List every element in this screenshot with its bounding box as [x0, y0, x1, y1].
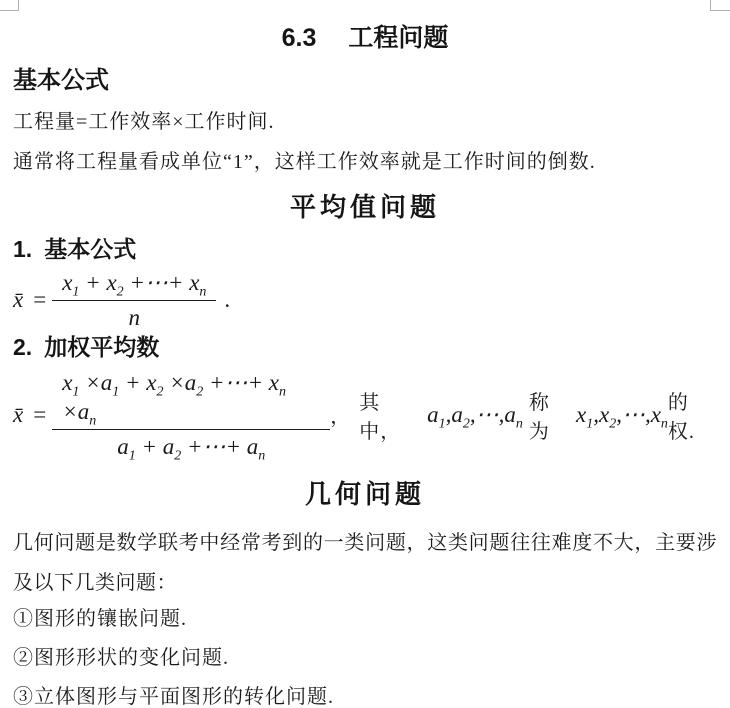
fraction-denominator: a1 + a2 +⋯+ an: [117, 430, 265, 461]
margin-crop-mark-left: [0, 0, 19, 11]
weighted-average-formula: x̄ = x1 ×a1 + x2 ×a2 +⋯+ xn ×an a1 + a2 …: [13, 368, 717, 461]
xbar-symbol: x̄: [13, 287, 23, 313]
equals-sign: =: [33, 287, 46, 313]
formula-period: .: [224, 287, 230, 313]
subheading-number: 1.: [13, 234, 32, 264]
average-formula: x̄ = x1 + x2 +⋯+ xn n .: [13, 268, 717, 332]
chapter-title-text: 工程问题: [348, 22, 448, 54]
list-item: ①图形的镶嵌问题.: [13, 605, 717, 633]
fraction-denominator: n: [129, 301, 141, 332]
geometry-problem-list: ①图形的镶嵌问题. ②图形形状的变化问题. ③立体图形与平面图形的转化问题.: [0, 605, 730, 708]
where-label: 其中，: [359, 386, 421, 444]
weights-sequence: a1,a2,⋯,an: [427, 402, 523, 428]
called-label: 称为: [529, 386, 570, 444]
margin-crop-mark-right: [710, 0, 730, 11]
document-page: 6.3 工程问题 基本公式 工程量=工作效率×工作时间. 通常将工程量看成单位“…: [0, 0, 730, 708]
list-item: ②图形形状的变化问题.: [13, 644, 717, 672]
heading-average-problems: 平均值问题: [0, 190, 730, 224]
subheading-label: 加权平均数: [44, 332, 159, 362]
fraction-numerator: x1 + x2 +⋯+ xn: [52, 268, 216, 301]
equals-sign: =: [33, 402, 46, 428]
fraction: x1 ×a1 + x2 ×a2 +⋯+ xn ×an a1 + a2 +⋯+ a…: [52, 368, 330, 461]
chapter-title: 6.3 工程问题: [0, 22, 730, 54]
engineering-formula-line: 工程量=工作效率×工作时间.: [13, 108, 717, 136]
weight-tail-label: 的权.: [668, 386, 715, 444]
values-sequence: x1,x2,⋯,xn: [576, 402, 668, 428]
xbar-symbol: x̄: [13, 402, 23, 428]
fraction-numerator: x1 ×a1 + x2 ×a2 +⋯+ xn ×an: [52, 368, 330, 430]
subheading-label: 基本公式: [44, 234, 136, 264]
subheading-number: 2.: [13, 332, 32, 362]
subheading-weighted-average: 2. 加权平均数: [13, 332, 717, 362]
formula-comma: ，: [330, 400, 351, 429]
fraction: x1 + x2 +⋯+ xn n: [52, 268, 216, 332]
chapter-number: 6.3: [282, 22, 317, 54]
heading-geometry-problems: 几何问题: [0, 477, 730, 511]
subheading-basic-formula: 1. 基本公式: [13, 234, 717, 264]
geometry-intro-paragraph: 几何问题是数学联考中经常考到的一类问题，这类问题往往难度不大，主要涉及以下几类问…: [13, 523, 717, 603]
list-item: ③立体图形与平面图形的转化问题.: [13, 683, 717, 708]
engineering-unit-line: 通常将工程量看成单位“1”，这样工作效率就是工作时间的倒数.: [13, 148, 717, 176]
heading-basic-formula: 基本公式: [13, 66, 717, 96]
